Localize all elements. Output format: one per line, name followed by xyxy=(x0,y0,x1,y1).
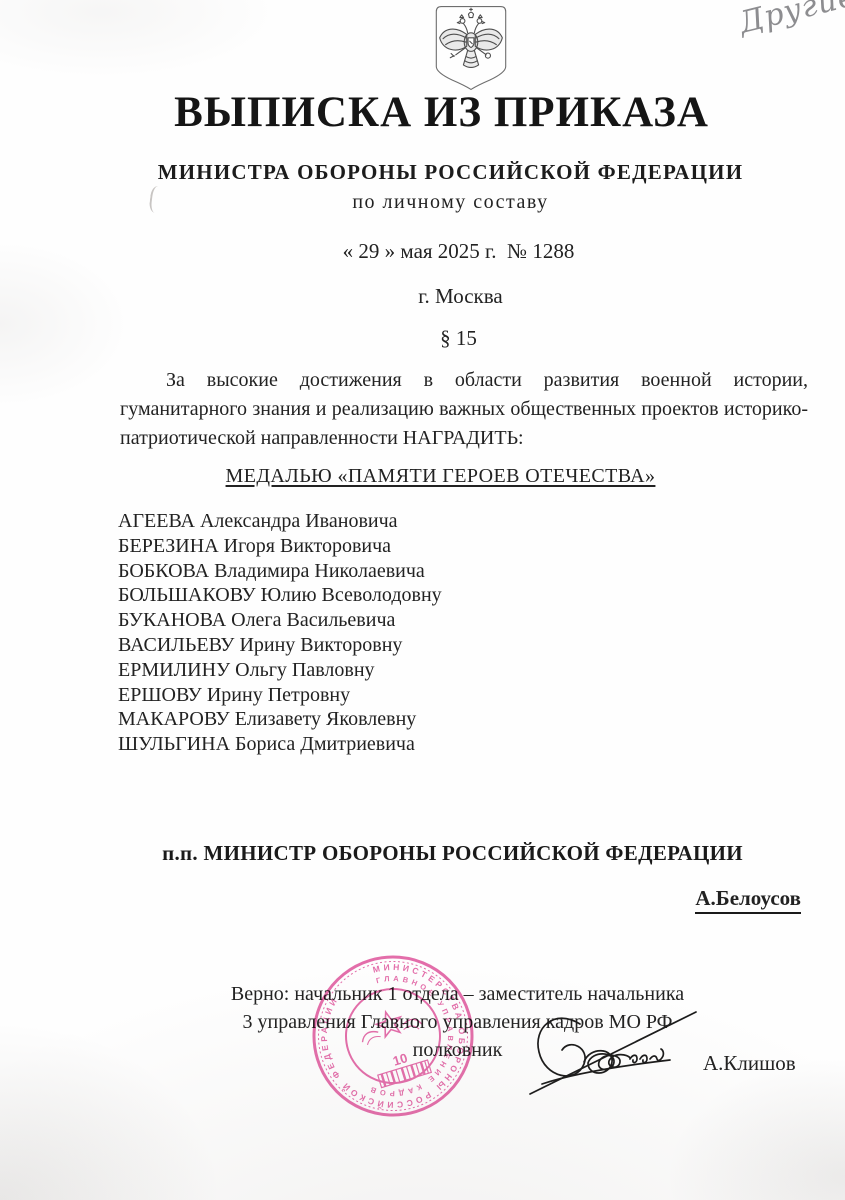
award-heading: МЕДАЛЬЮ «ПАМЯТИ ГЕРОЕВ ОТЕЧЕСТВА» xyxy=(18,465,845,488)
order-body-paragraph: За высокие достижения в области развития… xyxy=(120,366,808,453)
recipient-row: БОБКОВА Владимира Николаевича xyxy=(118,559,442,584)
order-city: г. Москва xyxy=(38,284,845,309)
recipient-row: БЕРЕЗИНА Игоря Викторовича xyxy=(118,534,442,559)
order-section-number: § 15 xyxy=(36,326,845,351)
recipient-row: БУКАНОВА Олега Васильевича xyxy=(118,608,442,633)
recipient-row: ВАСИЛЬЕВУ Ирину Викторовну xyxy=(118,633,442,658)
minister-name: А.Белоусов xyxy=(695,886,801,914)
recipient-row: БОЛЬШАКОВУ Юлию Всеволодовну xyxy=(118,583,442,608)
handwritten-corner-note: Другие xyxy=(735,0,845,41)
document-page: Другие ВЫПИСКА ИЗ ПРИКАЗА МИНИСТРА ОБОРО… xyxy=(0,0,845,1200)
document-title: ВЫПИСКА ИЗ ПРИКАЗА xyxy=(19,88,845,137)
recipient-row: МАКАРОВУ Елизавету Яковлевну xyxy=(118,707,442,732)
recipient-row: ШУЛЬГИНА Бориса Дмитриевича xyxy=(118,732,442,757)
recipient-row: АГЕЕВА Александра Ивановича xyxy=(118,509,442,534)
coat-of-arms xyxy=(428,4,514,92)
minister-signature-line: п.п. МИНИСТР ОБОРОНЫ РОССИЙСКОЙ ФЕДЕРАЦИ… xyxy=(30,841,845,866)
order-date-number: « 29 » мая 2025 г. № 1288 xyxy=(36,239,845,264)
certifier-name: А.Клишов xyxy=(703,1051,796,1076)
document-subtitle: МИНИСТРА ОБОРОНЫ РОССИЙСКОЙ ФЕДЕРАЦИИ xyxy=(28,160,845,185)
recipient-row: ЕРМИЛИНУ Ольгу Павловну xyxy=(118,658,442,683)
recipient-row: ЕРШОВУ Ирину Петровну xyxy=(118,683,442,708)
stamp-star-emblem xyxy=(356,1003,423,1046)
recipients-list: АГЕЕВА Александра ИвановичаБЕРЕЗИНА Игор… xyxy=(118,509,442,757)
handwritten-signature xyxy=(518,1002,713,1102)
svg-text:МИНИСТЕРСТВА ОБОРОНЫ РОССИЙСКО: МИНИСТЕРСТВА ОБОРОНЫ РОССИЙСКОЙ ФЕДЕРАЦИ… xyxy=(300,943,485,1128)
official-stamp: МИНИСТЕРСТВА ОБОРОНЫ РОССИЙСКОЙ ФЕДЕРАЦИ… xyxy=(287,929,500,1143)
stamp-ring-text-outer: МИНИСТЕРСТВА ОБОРОНЫ РОССИЙСКОЙ ФЕДЕРАЦИ… xyxy=(300,943,485,1128)
